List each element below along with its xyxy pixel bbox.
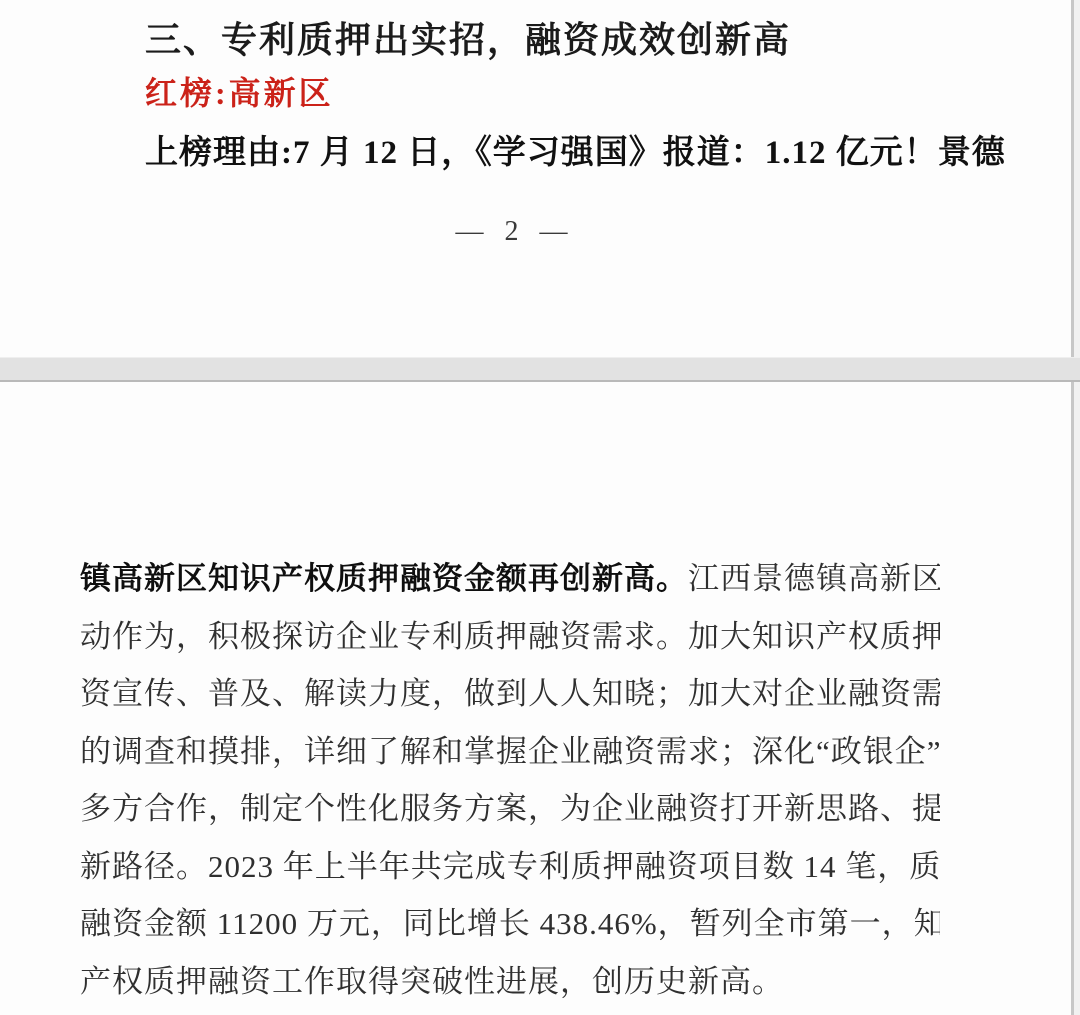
text-line: 的调查和摸排，详细了解和掌握企业融资需求；深化“政银企” [80, 723, 940, 781]
page-1: 三、专利质押出实招，融资成效创新高 红榜:高新区 上榜理由:7 月 12 日，《… [0, 0, 1072, 358]
text-line: 新路径。2023 年上半年共完成专利质押融资项目数 14 笔，质押 [80, 838, 940, 896]
red-list-label: 红榜:高新区 [145, 74, 334, 112]
page-divider [0, 357, 1080, 382]
page-2: 镇高新区知识产权质押融资金额再创新高。江西景德镇高新区主 动作为，积极探访企业专… [0, 382, 1072, 1015]
page-number: — 2 — [0, 214, 1030, 250]
bold-lead-text: 镇高新区知识产权质押融资金额再创新高。 [80, 561, 688, 596]
section-heading: 三、专利质押出实招，融资成效创新高 [145, 18, 791, 62]
text-run: 江西景德镇高新区主 [688, 561, 940, 596]
document-viewport: 三、专利质押出实招，融资成效创新高 红榜:高新区 上榜理由:7 月 12 日，《… [0, 0, 1080, 1015]
body-paragraph: 镇高新区知识产权质押融资金额再创新高。江西景德镇高新区主 动作为，积极探访企业专… [80, 550, 940, 1010]
text-line: 多方合作，制定个性化服务方案，为企业融资打开新思路、提供 [80, 780, 940, 838]
text-line: 镇高新区知识产权质押融资金额再创新高。江西景德镇高新区主 [80, 550, 940, 608]
text-line: 产权质押融资工作取得突破性进展，创历史新高。 [80, 953, 940, 1011]
text-line: 动作为，积极探访企业专利质押融资需求。加大知识产权质押融 [80, 608, 940, 666]
text-line: 融资金额 11200 万元，同比增长 438.46%，暂列全市第一，知识 [80, 895, 940, 953]
listing-reason-line: 上榜理由:7 月 12 日，《学习强国》报道：1.12 亿元！景德 [145, 132, 1006, 174]
text-line: 资宣传、普及、解读力度，做到人人知晓；加大对企业融资需求 [80, 665, 940, 723]
page-right-edge [1071, 0, 1080, 1015]
